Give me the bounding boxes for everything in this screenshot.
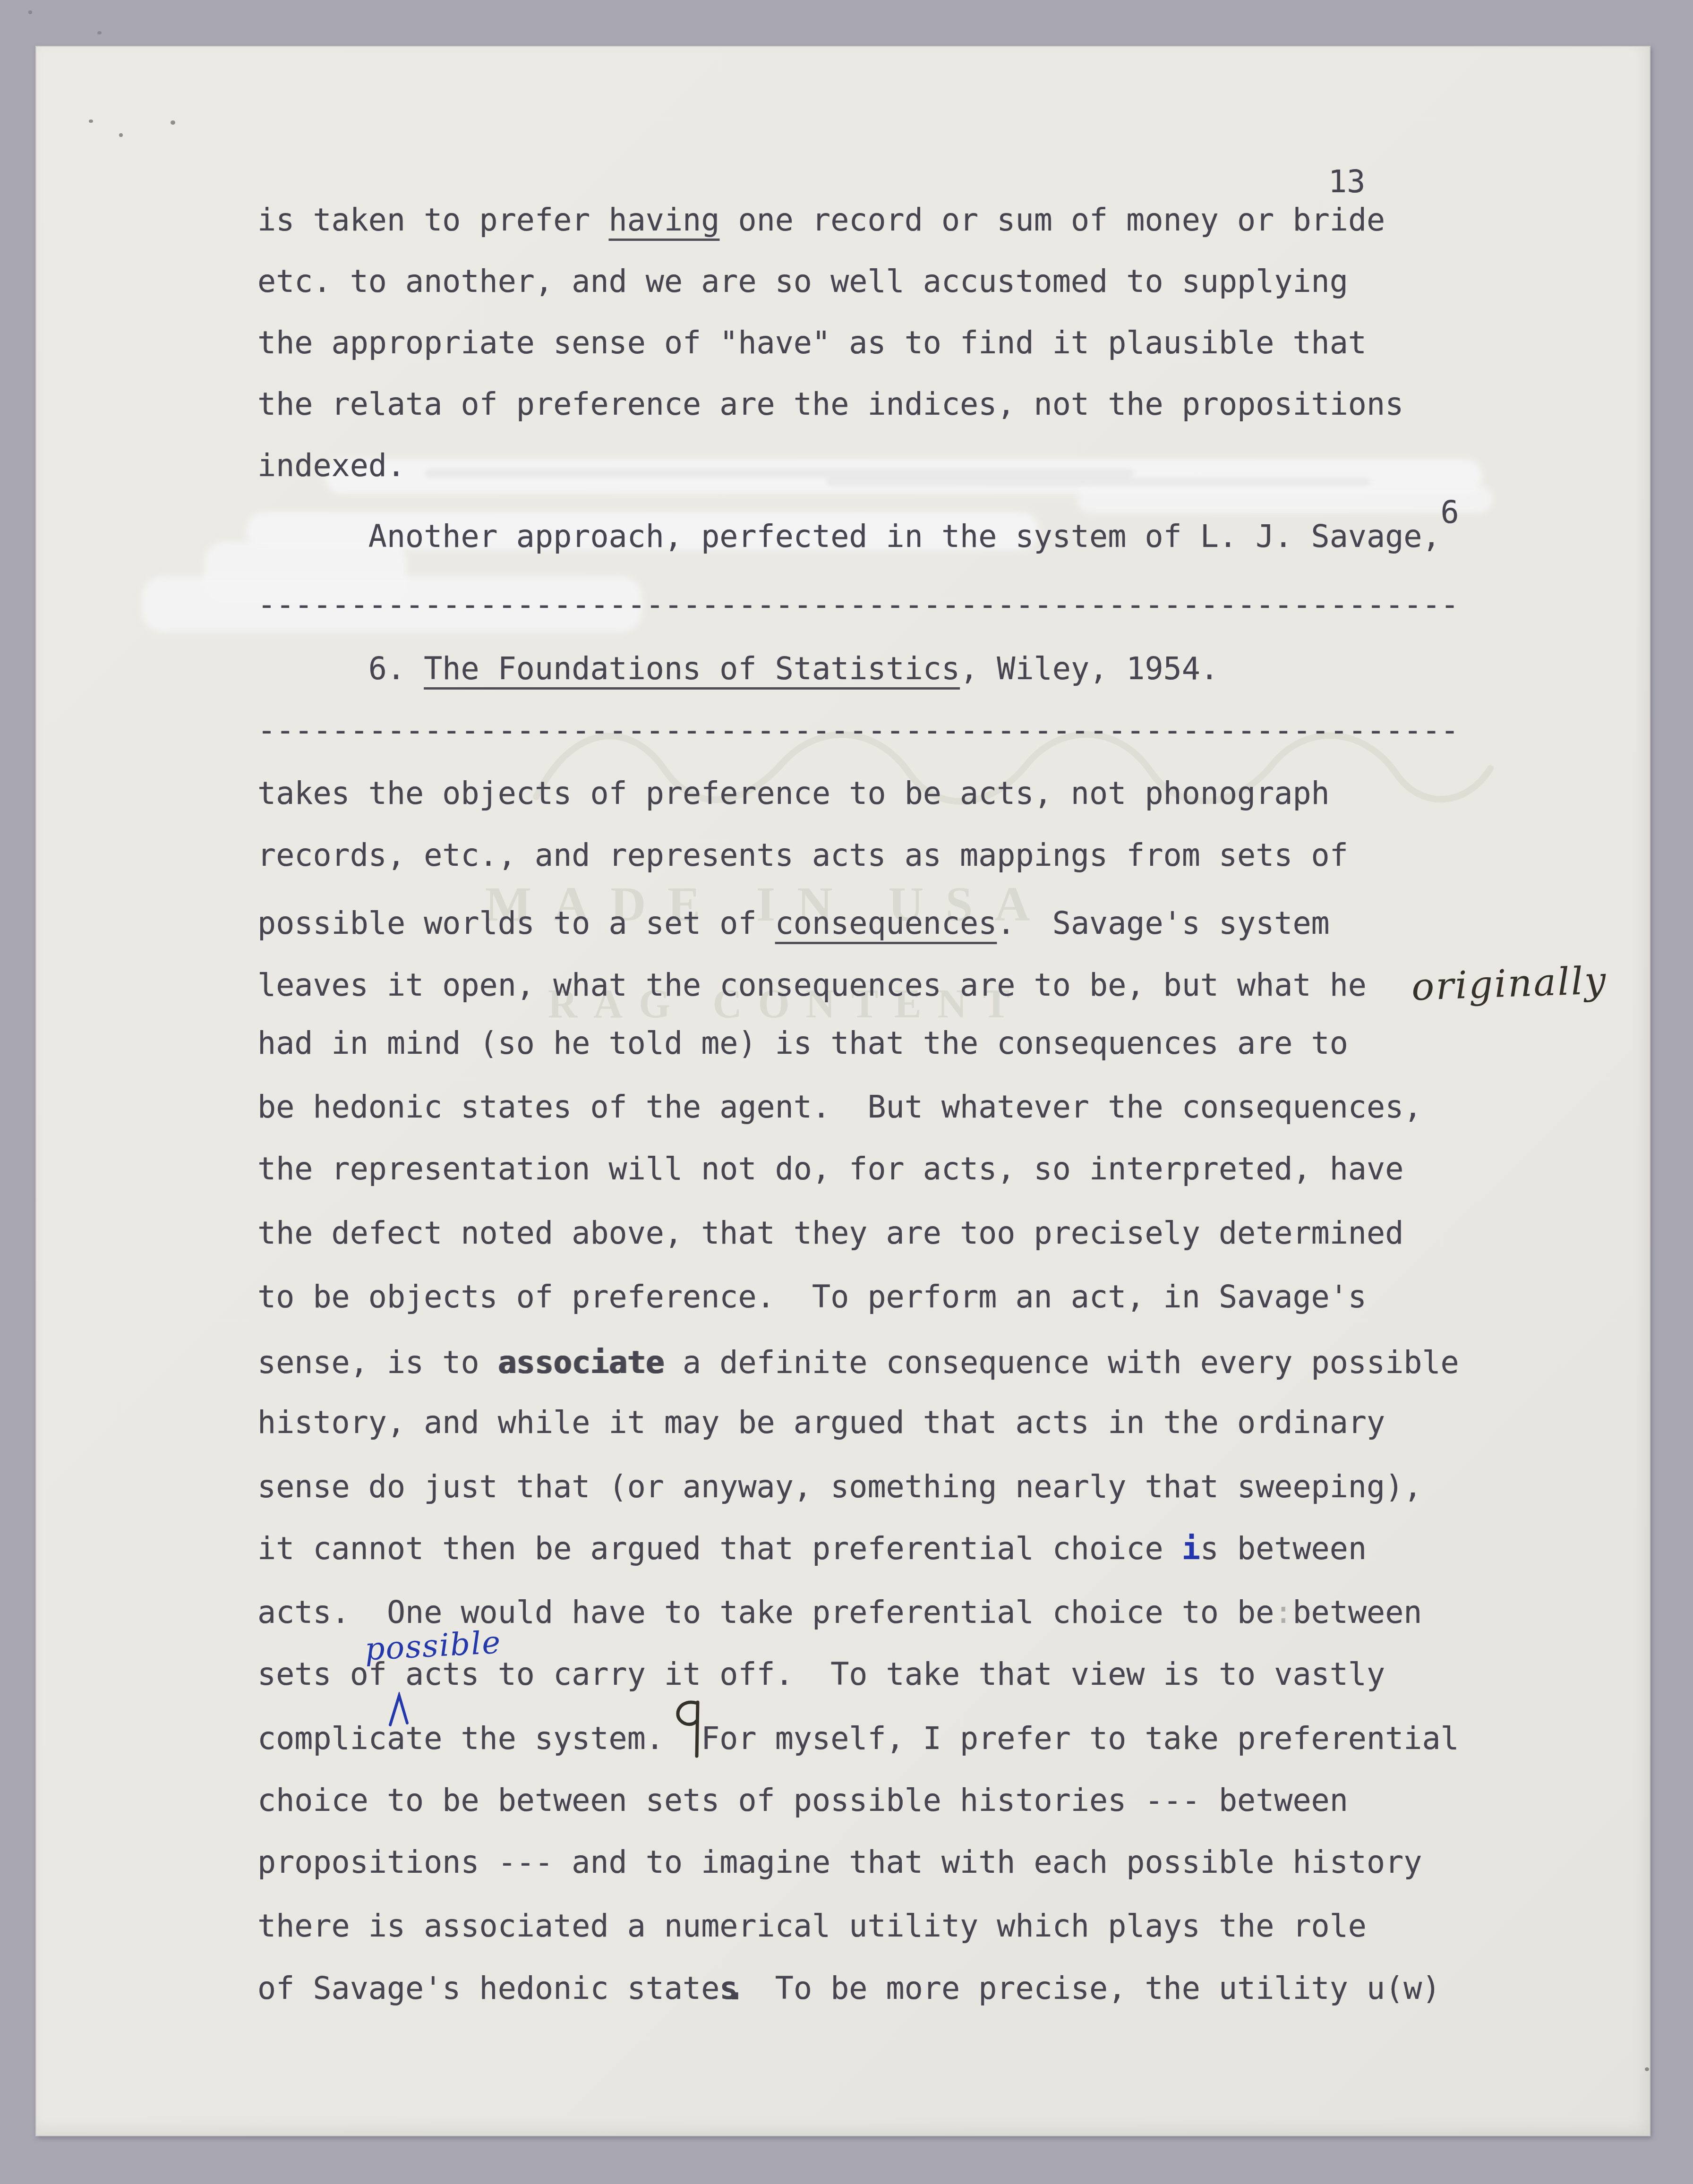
paper-speck [89,119,93,123]
typed-line: sense, is to associate a definite conseq… [257,1347,1459,1380]
overtyped-word: associate [498,1345,664,1381]
erased-text-ghost [827,478,1370,486]
typed-line: the relata of preference are the indices… [257,388,1403,421]
typed-line: takes the objects of preference to be ac… [257,777,1330,810]
typed-line: history, and while it may be argued that… [257,1407,1385,1440]
typed-line: etc. to another, and we are so well accu… [257,265,1348,299]
typed-line: there is associated a numerical utility … [257,1910,1367,1943]
typed-line: had in mind (so he told me) is that the … [257,1027,1348,1060]
typed-line: acts. One would have to take preferentia… [257,1596,1422,1629]
typed-line: 6. The Foundations of Statistics, Wiley,… [257,653,1219,686]
paper-speck [1645,2067,1649,2071]
typed-line: the defect noted above, that they are to… [257,1217,1403,1250]
faint-overstruck-char: : [1274,1595,1292,1630]
typed-line: complicate the system. For myself, I pre… [257,1723,1459,1756]
typed-line: propositions --- and to imagine that wit… [257,1846,1422,1879]
background-speck [97,31,102,34]
typed-line: the representation will not do, for acts… [257,1153,1403,1186]
insert-caret-icon [386,1692,411,1729]
typed-line: sense do just that (or anyway, something… [257,1471,1422,1504]
footnote-ref-superscript: 6 [1441,495,1459,530]
footnote-separator: ----------------------------------------… [257,589,1459,622]
handwritten-i-correction: i [1182,1531,1200,1567]
typed-line: possible worlds to a set of consequences… [257,907,1330,940]
paper-speck [171,120,175,125]
typed-line: Another approach, perfected in the syste… [257,520,1459,554]
overstrike-period: . [723,1970,746,2003]
typed-line: leaves it open, what the consequences ar… [257,969,1367,1002]
footnote-separator: ----------------------------------------… [257,714,1459,747]
typed-line: it cannot then be argued that preferenti… [257,1533,1367,1566]
overstruck-char: s. [719,1971,738,2006]
handwritten-inserted-word: possible [364,1624,502,1667]
typed-line: choice to be between sets of possible hi… [257,1784,1348,1817]
paper-speck [119,133,123,137]
page-number: 13 [1328,164,1365,200]
typed-line: the appropriate sense of "have" as to fi… [257,327,1367,360]
typed-line: be hedonic states of the agent. But what… [257,1091,1422,1124]
typed-line: records, etc., and represents acts as ma… [257,839,1348,872]
handwritten-margin-note: originally [1411,958,1608,1009]
background-speck [28,10,32,14]
whiteout-patch [1077,486,1493,513]
typed-line: of Savage's hedonic states. To be more p… [257,1972,1441,2005]
typed-line: is taken to prefer having one record or … [257,204,1385,237]
paragraph-mark-icon [671,1698,707,1760]
typed-line: indexed. [257,450,405,483]
typed-line: to be objects of preference. To perform … [257,1281,1367,1314]
erased-text-ghost [425,469,1134,478]
